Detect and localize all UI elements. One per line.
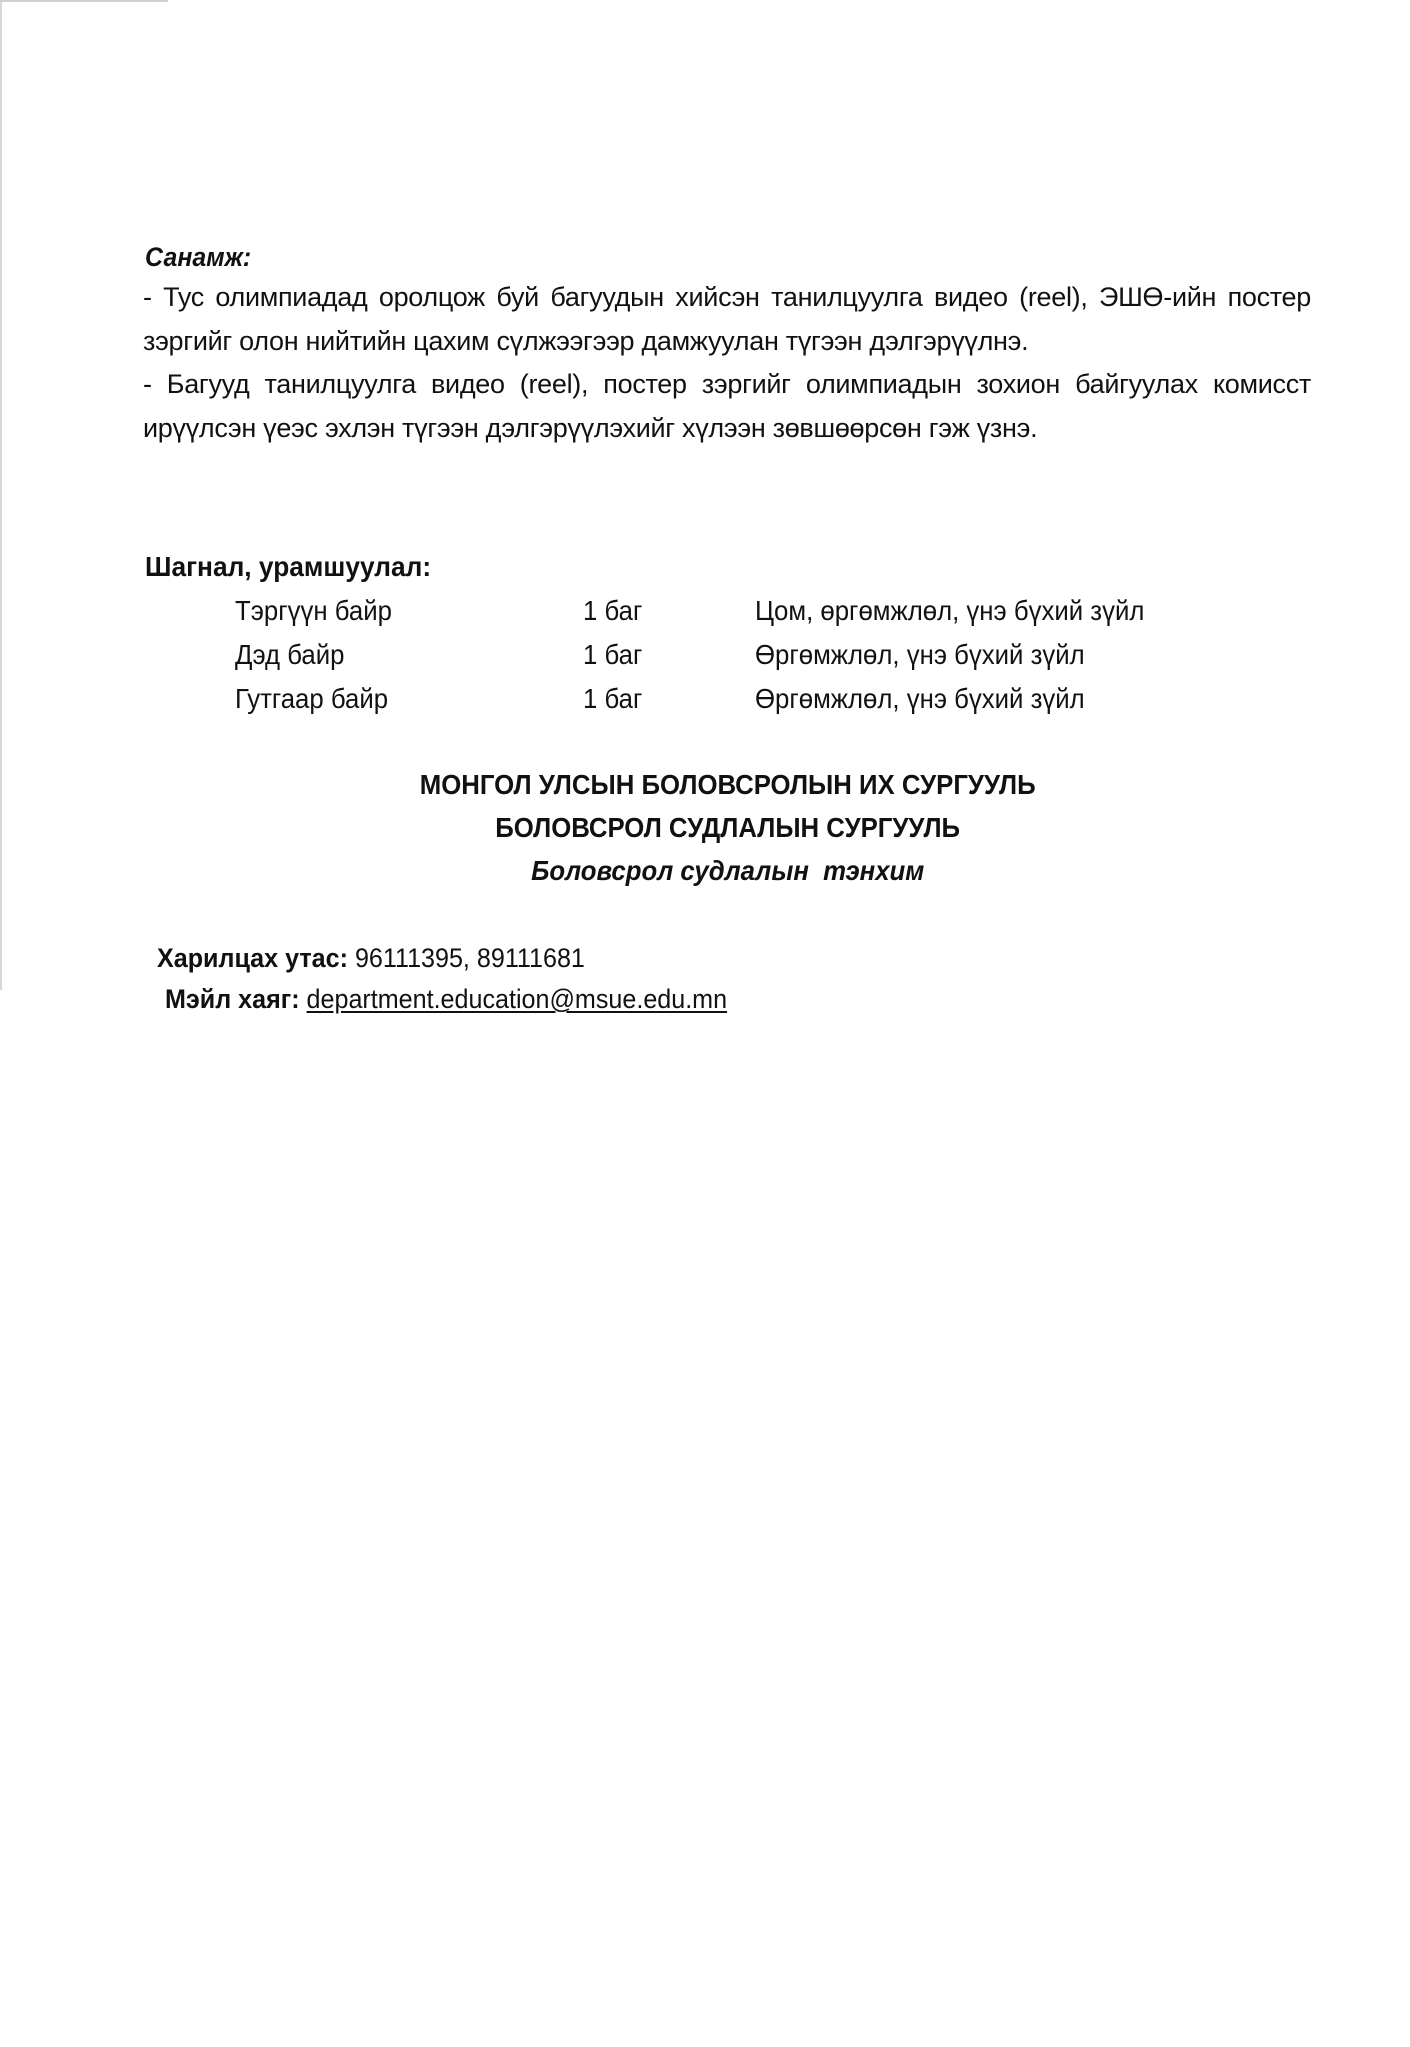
award-count: 1 баг <box>583 633 642 677</box>
awards-title: Шагнал, урамшуулал: <box>145 549 1179 585</box>
email-row: Мэйл хаяг: department.education@msue.edu… <box>165 979 727 1020</box>
award-count: 1 баг <box>583 589 642 633</box>
award-prize: Өргөмжлөл, үнэ бүхий зүйл <box>755 677 1085 721</box>
university-name-text: МОНГОЛ УЛСЫН БОЛОВСРОЛЫН ИХ СУРГУУЛЬ <box>420 763 1036 806</box>
department-name: Боловсрол судлалын тэнхим <box>0 849 1410 892</box>
email-label: Мэйл хаяг: <box>165 984 300 1014</box>
institution-block: МОНГОЛ УЛСЫН БОЛОВСРОЛЫН ИХ СУРГУУЛЬ БОЛ… <box>0 763 1410 892</box>
school-name: БОЛОВСРОЛ СУДЛАЛЫН СУРГУУЛЬ <box>0 806 1410 849</box>
note-paragraph-2: - Багууд танилцуулга видео (reel), посте… <box>143 363 1311 450</box>
phone-value: 96111395, 89111681 <box>355 943 585 973</box>
note-title: Санамж: <box>145 240 1218 274</box>
award-row-second: Дэд байр 1 баг Өргөмжлөл, үнэ бүхий зүйл <box>145 633 1245 677</box>
award-count: 1 баг <box>583 677 642 721</box>
award-prize: Өргөмжлөл, үнэ бүхий зүйл <box>755 633 1085 677</box>
award-prize: Цом, өргөмжлөл, үнэ бүхий зүйл <box>755 589 1144 633</box>
scan-edge-top <box>0 0 168 2</box>
awards-section: Шагнал, урамшуулал: Тэргүүн байр 1 баг Ц… <box>145 549 1245 721</box>
phone-row: Харилцах утас: 96111395, 89111681 <box>157 938 727 979</box>
email-link[interactable]: department.education@msue.edu.mn <box>307 984 728 1014</box>
note-paragraph-1: - Тус олимпиадад оролцож буй багуудын хи… <box>143 276 1311 363</box>
department-name-text: Боловсрол судлалын тэнхим <box>531 849 924 892</box>
award-place: Тэргүүн байр <box>235 589 392 633</box>
contact-section: Харилцах утас: 96111395, 89111681 Мэйл х… <box>157 938 769 1020</box>
award-place: Гутгаар байр <box>235 677 388 721</box>
school-name-text: БОЛОВСРОЛ СУДЛАЛЫН СУРГУУЛЬ <box>495 806 960 849</box>
award-row-third: Гутгаар байр 1 баг Өргөмжлөл, үнэ бүхий … <box>145 677 1245 721</box>
award-row-first: Тэргүүн байр 1 баг Цом, өргөмжлөл, үнэ б… <box>145 589 1245 633</box>
university-name: МОНГОЛ УЛСЫН БОЛОВСРОЛЫН ИХ СУРГУУЛЬ <box>0 763 1410 806</box>
note-section: Санамж: - Тус олимпиадад оролцож буй баг… <box>143 240 1311 450</box>
phone-label: Харилцах утас: <box>157 943 348 973</box>
award-place: Дэд байр <box>235 633 344 677</box>
awards-table: Тэргүүн байр 1 баг Цом, өргөмжлөл, үнэ б… <box>145 589 1245 721</box>
